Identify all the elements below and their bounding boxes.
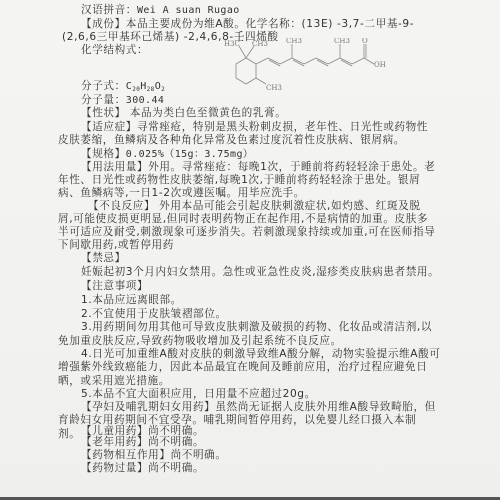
weight-label: 分子量： [81, 94, 126, 106]
precaution-item-3-line-2: 免加重皮肤反应,导致药物吸收增加及引起系统不良反应。 [58, 335, 342, 348]
geriatric-text: 尚不明确。 [148, 436, 204, 448]
overdose-section: 【药物过量】尚不明确。 [81, 462, 204, 475]
svg-text:O: O [362, 38, 368, 45]
weight-value: 300.44 [126, 95, 165, 106]
precaution-item-1: 1.本品应远离眼部。 [81, 294, 182, 307]
precautions-heading: 【注意事项】 [81, 280, 148, 293]
pregnancy-line-3: 剂。 [58, 428, 80, 441]
precaution-item-4-line-2: 增强紫外线致癌能力，因此本品最宜在晚间及睡前应用，治疗过程应避免日 [58, 361, 427, 374]
dosage-text: 外用。寻常痤疮：每晚1次，于睡前将药轻轻涂于患处。老 [148, 161, 435, 173]
specification-text: 0.025%（15g：3.75mg） [126, 149, 254, 160]
indications-line-1: 【适应症】寻常痤疮，特别是黑头粉刺皮损，老年性、日光性或药物性 [81, 121, 428, 134]
svg-text:CH3: CH3 [334, 38, 350, 45]
appearance-text: 本品为类白色至微黄色的乳膏。 [126, 107, 287, 119]
appearance-section: 【性状】 本品为类白色至微黄色的乳膏。 [81, 107, 286, 120]
precaution-item-4-line-3: 晒，或采用遮光措施。 [58, 375, 170, 388]
contraindications-text: 妊娠起初3个月内妇女禁用。急性或亚急性皮炎,湿疹类皮肤病患者禁用。 [81, 266, 439, 279]
specification-heading: 【规格】 [81, 148, 126, 160]
molecular-weight: 分子量：300.44 [81, 94, 164, 107]
adverse-line-2: 屑,可能使皮损更明显,但同时表明药物正在起作用,不是病情的加重。皮肤多 [58, 213, 428, 226]
overdose-heading: 【药物过量】 [81, 462, 148, 474]
pregnancy-text: 虽然尚无证据人皮肤外用维A酸导致畸胎，但 [215, 401, 436, 413]
adverse-line-3: 半可适应及耐受,刺激现象可逐步消失。若刺激现象持续或加重,可在医师指导 [58, 226, 435, 239]
composition-text: 本品主要成份为维A酸。化学名称：(13E) -3,7-二甲基-9- [126, 18, 414, 30]
geriatric-heading: 【老年用药】 [81, 436, 148, 448]
indications-line-2: 皮肤萎缩，鱼鳞病及各种角化异常及色素过度沉着性皮肤病、银屑病。 [58, 134, 405, 147]
formula-value: C20H28O2 [126, 81, 165, 92]
composition-line-1: 【成份】本品主要成份为维A酸。化学名称：(13E) -3,7-二甲基-9- [81, 18, 414, 31]
package-insert-page: 汉语拼音：Wei A suan Rugao 【成份】本品主要成份为维A酸。化学名… [0, 0, 500, 497]
interactions-text: 尚不明确。 [171, 449, 227, 461]
pinyin-value: Wei A suan Rugao [137, 5, 240, 16]
dosage-line-1: 【用法用量】外用。寻常痤疮：每晚1次，于睡前将药轻轻涂于患处。老 [81, 161, 435, 174]
structure-label: 化学结构式： [81, 44, 148, 57]
precaution-item-2: 2.不宜使用于皮肤皱褶部位。 [81, 308, 227, 321]
pinyin-line: 汉语拼音：Wei A suan Rugao [81, 4, 240, 17]
adverse-heading: 【不良反应】 [88, 200, 155, 212]
dosage-line-3: 病、鱼鳞病等,一日1-2次或遵医嘱。用毕应洗手。 [58, 187, 305, 200]
svg-text:CH3: CH3 [286, 38, 302, 45]
svg-text:OH: OH [374, 61, 386, 69]
interactions-section: 【药物相互作用】尚不明确。 [81, 449, 227, 462]
dosage-heading: 【用法用量】 [81, 161, 148, 173]
pregnancy-line-1: 【孕妇及哺乳期妇女用药】虽然尚无证据人皮肤外用维A酸导致畸胎，但 [81, 401, 436, 414]
indications-text: 寻常痤疮，特别是黑头粉刺皮损，老年性、日光性或药物性 [137, 121, 428, 133]
dosage-line-2: 年性、日光性或药物性皮肤萎缩,每晚1次,于睡前将药轻轻涂于患处。银屑 [58, 174, 420, 187]
interactions-heading: 【药物相互作用】 [81, 449, 171, 461]
composition-heading: 【成份】 [81, 18, 126, 30]
pregnancy-heading: 【孕妇及哺乳期妇女用药】 [81, 401, 215, 413]
adverse-text: 外用本品可能会引起皮肤刺激症状,如灼感、红斑及脱 [155, 200, 420, 212]
pinyin-label: 汉语拼音： [81, 4, 137, 16]
precaution-item-3-line-1: 3.用药期间勿用其他可导致皮肤刺激及破损的药物、化妆品或清洁剂,以 [81, 321, 432, 334]
precaution-item-4-line-1: 4.日光可加重维A酸对皮肤的刺激导致维A酸分解，动物实验提示维A酸可 [81, 348, 440, 361]
tretinoin-structure-icon: H3C CH3 CH3 CH3 O OH CH3 [222, 38, 412, 98]
appearance-heading: 【性状】 [81, 107, 126, 119]
formula-label: 分子式： [81, 80, 126, 92]
indications-heading: 【适应症】 [81, 121, 137, 133]
svg-text:CH3: CH3 [266, 84, 282, 92]
specification-section: 【规格】0.025%（15g：3.75mg） [81, 148, 253, 161]
contraindications-heading: 【禁忌】 [81, 252, 126, 265]
geriatric-section: 【老年用药】尚不明确。 [81, 436, 204, 449]
overdose-text: 尚不明确。 [148, 462, 204, 474]
chemical-structure-diagram: H3C CH3 CH3 CH3 O OH CH3 [222, 38, 412, 98]
adverse-line-1: 【不良反应】 外用本品可能会引起皮肤刺激症状,如灼感、红斑及脱 [88, 200, 421, 213]
svg-text:H3C: H3C [224, 40, 240, 48]
precaution-item-5: 5.本品不宜大面积应用，日用量不应超过20g。 [81, 388, 316, 401]
svg-text:CH3: CH3 [252, 40, 268, 48]
adverse-line-4: 下间歇用药,或暂停用药 [58, 239, 174, 252]
